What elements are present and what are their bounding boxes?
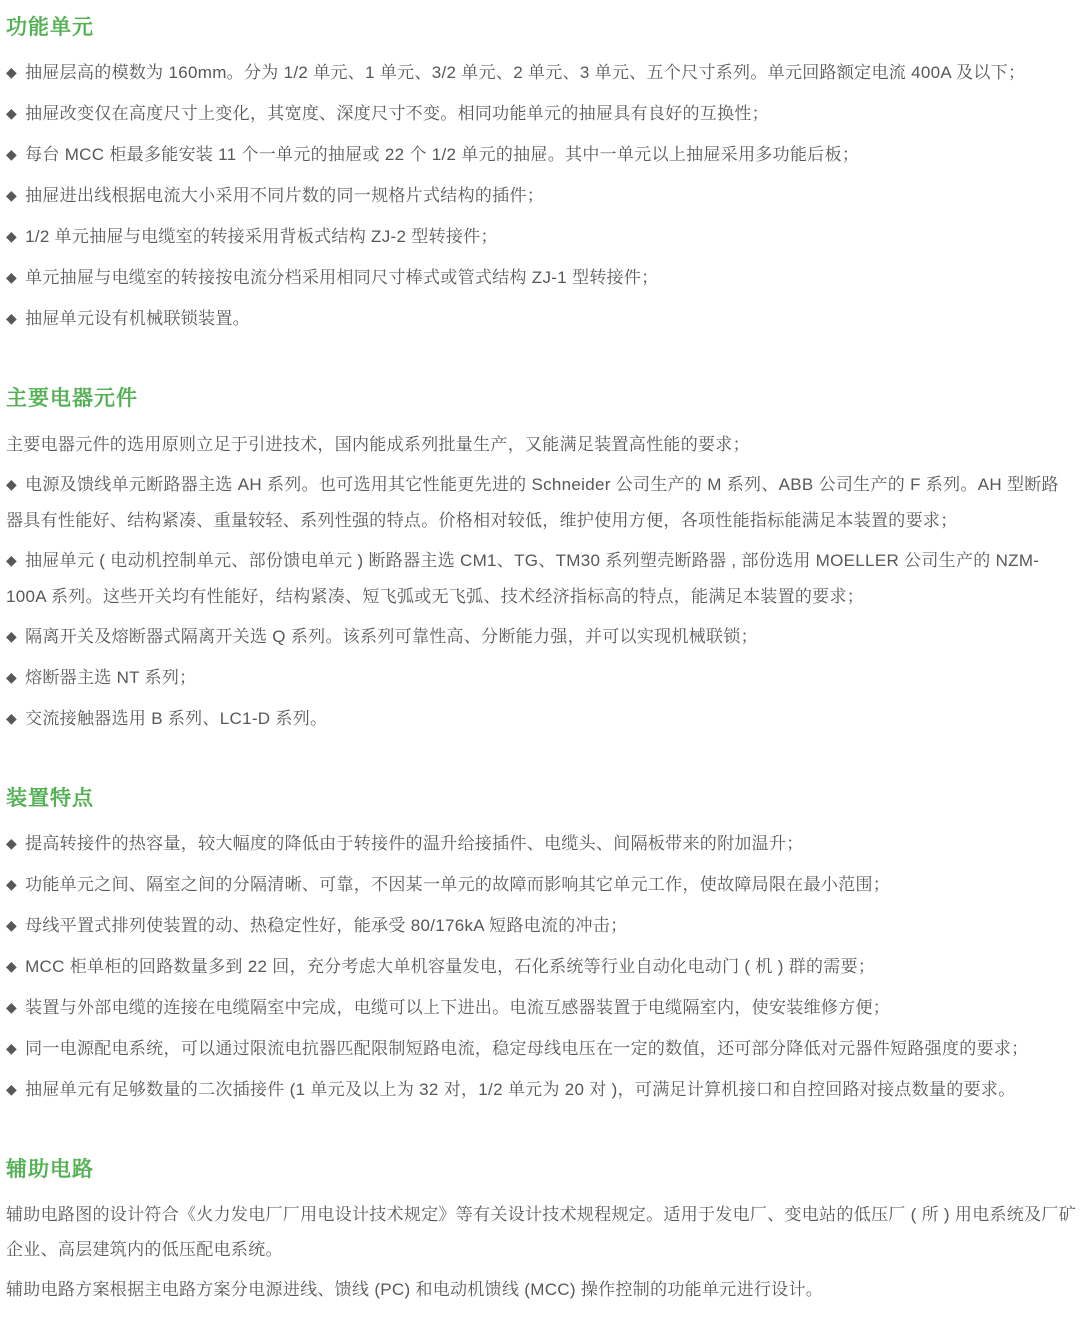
diamond-bullet-icon: ◆ bbox=[6, 908, 17, 943]
bullet-item: ◆每台 MCC 柜最多能安装 11 个一单元的抽屉或 22 个 1/2 单元的抽… bbox=[6, 137, 1076, 173]
bullet-item: ◆装置与外部电缆的连接在电缆隔室中完成，电缆可以上下进出。电流互感器装置于电缆隔… bbox=[6, 990, 1076, 1026]
paragraph-text: MCC 柜单柜的回路数量多到 22 回，充分考虑大单机容量发电，石化系统等行业自… bbox=[25, 957, 875, 976]
paragraph-text: 功能单元之间、隔室之间的分隔清晰、可靠，不因某一单元的故障而影响其它单元工作，使… bbox=[25, 875, 890, 894]
bullet-item: ◆母线平置式排列使装置的动、热稳定性好，能承受 80/176kA 短路电流的冲击… bbox=[6, 908, 1076, 944]
diamond-bullet-icon: ◆ bbox=[6, 1072, 17, 1107]
paragraph-text: 1/2 单元抽屉与电缆室的转接采用背板式结构 ZJ-2 型转接件； bbox=[25, 227, 498, 246]
diamond-bullet-icon: ◆ bbox=[6, 826, 17, 861]
paragraph-text: 抽屉进出线根据电流大小采用不同片数的同一规格片式结构的插件； bbox=[25, 186, 544, 205]
diamond-bullet-icon: ◆ bbox=[6, 178, 17, 213]
paragraph-text: 单元抽屉与电缆室的转接按电流分档采用相同尺寸棒式或管式结构 ZJ-1 型转接件； bbox=[25, 268, 658, 287]
section-title: 功能单元 bbox=[6, 14, 1076, 42]
paragraph-text: 抽屉单元 ( 电动机控制单元、部份馈电单元 ) 断路器主选 CM1、TG、TM3… bbox=[6, 551, 1039, 606]
diamond-bullet-icon: ◆ bbox=[6, 301, 17, 336]
paragraph-text: 每台 MCC 柜最多能安装 11 个一单元的抽屉或 22 个 1/2 单元的抽屉… bbox=[25, 145, 859, 164]
diamond-bullet-icon: ◆ bbox=[6, 219, 17, 254]
bullet-item: ◆抽屉单元设有机械联锁装置。 bbox=[6, 301, 1076, 337]
paragraph-text: 辅助电路图的设计符合《火力发电厂厂用电设计技术规定》等有关设计技术规程规定。适用… bbox=[6, 1205, 1076, 1259]
paragraph-text: 抽屉单元设有机械联锁装置。 bbox=[25, 309, 250, 328]
paragraph-text: 抽屉层高的模数为 160mm。分为 1/2 单元、1 单元、3/2 单元、2 单… bbox=[25, 63, 1025, 82]
paragraph-text: 抽屉单元有足够数量的二次插接件 (1 单元及以上为 32 对，1/2 单元为 2… bbox=[25, 1080, 1015, 1099]
bullet-item: ◆抽屉进出线根据电流大小采用不同片数的同一规格片式结构的插件； bbox=[6, 178, 1076, 214]
bullet-item: ◆同一电源配电系统，可以通过限流电抗器匹配限制短路电流，稳定母线电压在一定的数值… bbox=[6, 1031, 1076, 1067]
diamond-bullet-icon: ◆ bbox=[6, 137, 17, 172]
section-2: 主要电器元件主要电器元件的选用原则立足于引进技术，国内能成系列批量生产，又能满足… bbox=[6, 385, 1076, 736]
bullet-item: ◆熔断器主选 NT 系列； bbox=[6, 660, 1076, 696]
diamond-bullet-icon: ◆ bbox=[6, 660, 17, 695]
section-title: 辅助电路 bbox=[6, 1156, 1076, 1184]
bullet-item: ◆交流接触器选用 B 系列、LC1-D 系列。 bbox=[6, 701, 1076, 737]
bullet-item: ◆抽屉改变仅在高度尺寸上变化，其宽度、深度尺寸不变。相同功能单元的抽屉具有良好的… bbox=[6, 96, 1076, 132]
bullet-item: ◆MCC 柜单柜的回路数量多到 22 回，充分考虑大单机容量发电，石化系统等行业… bbox=[6, 949, 1076, 985]
paragraph-text: 装置与外部电缆的连接在电缆隔室中完成，电缆可以上下进出。电流互感器装置于电缆隔室… bbox=[25, 998, 890, 1017]
bullet-item: ◆隔离开关及熔断器式隔离开关选 Q 系列。该系列可靠性高、分断能力强，并可以实现… bbox=[6, 619, 1076, 655]
diamond-bullet-icon: ◆ bbox=[6, 55, 17, 90]
paragraph-text: 同一电源配电系统，可以通过限流电抗器匹配限制短路电流，稳定母线电压在一定的数值，… bbox=[25, 1039, 1028, 1058]
document-sections: 功能单元◆抽屉层高的模数为 160mm。分为 1/2 单元、1 单元、3/2 单… bbox=[6, 14, 1076, 1307]
paragraph-text: 隔离开关及熔断器式隔离开关选 Q 系列。该系列可靠性高、分断能力强，并可以实现机… bbox=[25, 627, 758, 646]
bullet-item: ◆功能单元之间、隔室之间的分隔清晰、可靠，不因某一单元的故障而影响其它单元工作，… bbox=[6, 867, 1076, 903]
bullet-item: ◆抽屉单元有足够数量的二次插接件 (1 单元及以上为 32 对，1/2 单元为 … bbox=[6, 1072, 1076, 1108]
section-1: 功能单元◆抽屉层高的模数为 160mm。分为 1/2 单元、1 单元、3/2 单… bbox=[6, 14, 1076, 337]
section-3: 装置特点◆提高转接件的热容量，较大幅度的降低由于转接件的温升给接插件、电缆头、间… bbox=[6, 785, 1076, 1108]
bullet-item: ◆单元抽屉与电缆室的转接按电流分档采用相同尺寸棒式或管式结构 ZJ-1 型转接件… bbox=[6, 260, 1076, 296]
diamond-bullet-icon: ◆ bbox=[6, 990, 17, 1025]
paragraph-text: 抽屉改变仅在高度尺寸上变化，其宽度、深度尺寸不变。相同功能单元的抽屉具有良好的互… bbox=[25, 104, 769, 123]
paragraph-text: 交流接触器选用 B 系列、LC1-D 系列。 bbox=[25, 709, 327, 728]
diamond-bullet-icon: ◆ bbox=[6, 1031, 17, 1066]
paragraph: 辅助电路方案根据主电路方案分电源进线、馈线 (PC) 和电动机馈线 (MCC) … bbox=[6, 1272, 1076, 1307]
paragraph-text: 主要电器元件的选用原则立足于引进技术，国内能成系列批量生产，又能满足装置高性能的… bbox=[6, 435, 750, 454]
section-title: 主要电器元件 bbox=[6, 385, 1076, 413]
document-page: 功能单元◆抽屉层高的模数为 160mm。分为 1/2 单元、1 单元、3/2 单… bbox=[0, 0, 1080, 1330]
diamond-bullet-icon: ◆ bbox=[6, 949, 17, 984]
paragraph-text: 辅助电路方案根据主电路方案分电源进线、馈线 (PC) 和电动机馈线 (MCC) … bbox=[6, 1280, 823, 1299]
bullet-item: ◆提高转接件的热容量，较大幅度的降低由于转接件的温升给接插件、电缆头、间隔板带来… bbox=[6, 826, 1076, 862]
paragraph-text: 母线平置式排列使装置的动、热稳定性好，能承受 80/176kA 短路电流的冲击； bbox=[25, 916, 627, 935]
bullet-item: ◆抽屉层高的模数为 160mm。分为 1/2 单元、1 单元、3/2 单元、2 … bbox=[6, 55, 1076, 91]
diamond-bullet-icon: ◆ bbox=[6, 543, 17, 578]
section-title: 装置特点 bbox=[6, 785, 1076, 813]
section-4: 辅助电路辅助电路图的设计符合《火力发电厂厂用电设计技术规定》等有关设计技术规程规… bbox=[6, 1156, 1076, 1307]
diamond-bullet-icon: ◆ bbox=[6, 701, 17, 736]
diamond-bullet-icon: ◆ bbox=[6, 867, 17, 902]
bullet-item: ◆抽屉单元 ( 电动机控制单元、部份馈电单元 ) 断路器主选 CM1、TG、TM… bbox=[6, 543, 1076, 614]
bullet-item: ◆电源及馈线单元断路器主选 AH 系列。也可选用其它性能更先进的 Schneid… bbox=[6, 467, 1076, 538]
diamond-bullet-icon: ◆ bbox=[6, 260, 17, 295]
paragraph-text: 提高转接件的热容量，较大幅度的降低由于转接件的温升给接插件、电缆头、间隔板带来的… bbox=[25, 834, 804, 853]
paragraph-text: 熔断器主选 NT 系列； bbox=[25, 668, 196, 687]
paragraph: 辅助电路图的设计符合《火力发电厂厂用电设计技术规定》等有关设计技术规程规定。适用… bbox=[6, 1197, 1076, 1267]
paragraph: 主要电器元件的选用原则立足于引进技术，国内能成系列批量生产，又能满足装置高性能的… bbox=[6, 427, 1076, 462]
paragraph-text: 电源及馈线单元断路器主选 AH 系列。也可选用其它性能更先进的 Schneide… bbox=[6, 475, 1059, 530]
diamond-bullet-icon: ◆ bbox=[6, 96, 17, 131]
diamond-bullet-icon: ◆ bbox=[6, 619, 17, 654]
bullet-item: ◆1/2 单元抽屉与电缆室的转接采用背板式结构 ZJ-2 型转接件； bbox=[6, 219, 1076, 255]
diamond-bullet-icon: ◆ bbox=[6, 467, 17, 502]
